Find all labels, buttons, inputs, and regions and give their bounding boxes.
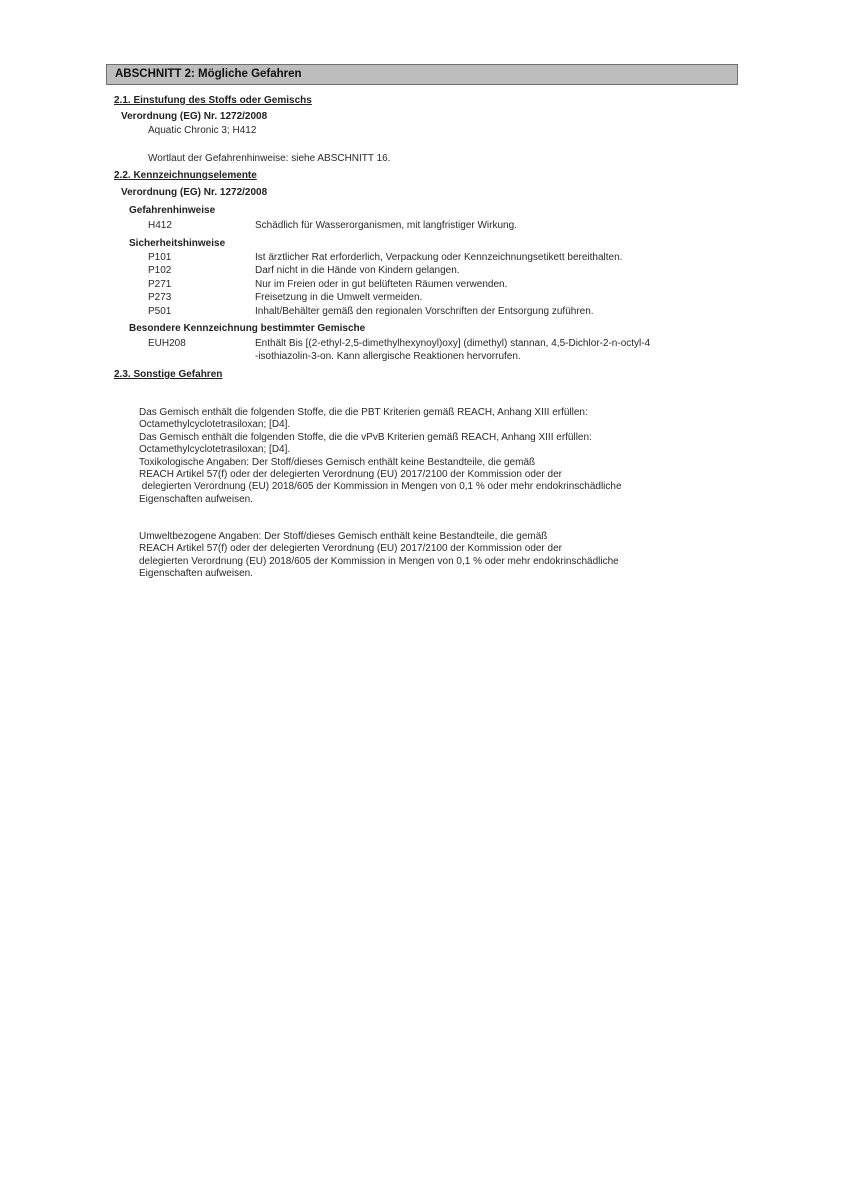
regulation-label: Verordnung (EG) Nr. 1272/2008 [121, 187, 267, 199]
precaution-code: P102 [148, 265, 171, 277]
paragraph-line: REACH Artikel 57(f) oder der delegierten… [139, 469, 699, 481]
hazard-code: H412 [148, 220, 172, 232]
wording-note: Wortlaut der Gefahrenhinweise: siehe ABS… [148, 153, 391, 165]
section-header: ABSCHNITT 2: Mögliche Gefahren [106, 64, 738, 85]
precautionary-statements-heading: Sicherheitshinweise [129, 238, 225, 250]
paragraph-line: Eigenschaften aufweisen. [139, 568, 699, 580]
precaution-text: Inhalt/Behälter gemäß den regionalen Vor… [255, 306, 594, 318]
special-code: EUH208 [148, 338, 186, 350]
precaution-code: P101 [148, 252, 171, 264]
precaution-text: Nur im Freien oder in gut belüfteten Räu… [255, 279, 507, 291]
subsection-heading-2-3: 2.3. Sonstige Gefahren [114, 369, 222, 381]
precaution-text: Ist ärztlicher Rat erforderlich, Verpack… [255, 252, 622, 264]
paragraph-line: Octamethylcyclotetrasiloxan; [D4]. [139, 419, 699, 431]
precaution-text: Darf nicht in die Hände von Kindern gela… [255, 265, 460, 277]
special-text-line2: -isothiazolin-3-on. Kann allergische Rea… [255, 351, 521, 363]
paragraph-line: Das Gemisch enthält die folgenden Stoffe… [139, 407, 699, 419]
classification-text: Aquatic Chronic 3; H412 [148, 125, 256, 137]
hazard-statements-heading: Gefahrenhinweise [129, 205, 215, 217]
subsection-heading-2-2: 2.2. Kennzeichnungselemente [114, 170, 257, 182]
paragraph-line: Octamethylcyclotetrasiloxan; [D4]. [139, 444, 699, 456]
paragraph-line: Toxikologische Angaben: Der Stoff/dieses… [139, 457, 699, 469]
precaution-text: Freisetzung in die Umwelt vermeiden. [255, 292, 422, 304]
special-labelling-heading: Besondere Kennzeichnung bestimmter Gemis… [129, 323, 365, 335]
hazard-text: Schädlich für Wasserorganismen, mit lang… [255, 220, 517, 232]
paragraph-line: Das Gemisch enthält die folgenden Stoffe… [139, 432, 699, 444]
paragraph-line: delegierten Verordnung (EU) 2018/605 der… [139, 481, 699, 493]
regulation-label: Verordnung (EG) Nr. 1272/2008 [121, 111, 267, 123]
subsection-heading-2-1: 2.1. Einstufung des Stoffs oder Gemischs [114, 95, 312, 107]
paragraph-line: Umweltbezogene Angaben: Der Stoff/dieses… [139, 531, 699, 543]
other-hazards-paragraph-2: Umweltbezogene Angaben: Der Stoff/dieses… [139, 531, 699, 581]
paragraph-line: delegierten Verordnung (EU) 2018/605 der… [139, 556, 699, 568]
paragraph-line: Eigenschaften aufweisen. [139, 494, 699, 506]
special-text-line1: Enthält Bis [(2-ethyl-2,5-dimethylhexyno… [255, 338, 650, 350]
paragraph-line: REACH Artikel 57(f) oder der delegierten… [139, 543, 699, 555]
precaution-code: P501 [148, 306, 171, 318]
other-hazards-paragraph-1: Das Gemisch enthält die folgenden Stoffe… [139, 407, 699, 506]
precaution-code: P273 [148, 292, 171, 304]
precaution-code: P271 [148, 279, 171, 291]
document-page: ABSCHNITT 2: Mögliche Gefahren 2.1. Eins… [0, 0, 849, 1200]
